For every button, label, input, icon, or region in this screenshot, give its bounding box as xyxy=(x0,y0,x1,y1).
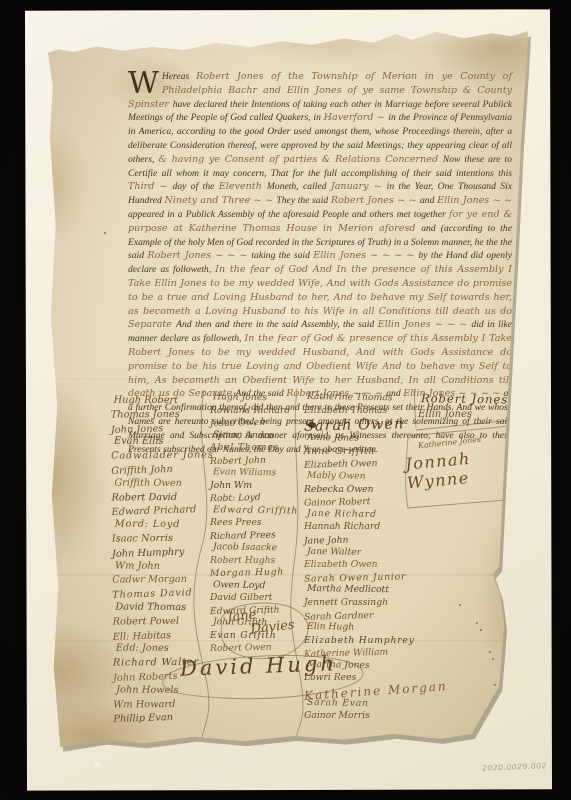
witness-signature: John Wm xyxy=(210,480,306,493)
witness-signature: Jane Walter xyxy=(307,545,449,560)
witness-signature: John Howels xyxy=(116,683,236,698)
witness-signature: Owen Loyd xyxy=(213,579,309,593)
witness-signature: Sarah Evan xyxy=(307,697,449,712)
ink-speck xyxy=(492,658,494,660)
witness-signature: Jennett Grassingh xyxy=(304,597,446,610)
witness-signature: Rees Prees xyxy=(210,517,306,530)
witness-signature: Edward Griffith xyxy=(213,504,309,518)
manuscript: W Hereas Robert Jones of the Township of… xyxy=(44,26,534,752)
ink-speck xyxy=(489,651,491,653)
witness-signature: Martha Medlicott xyxy=(307,583,449,598)
witness-signature: Elin Hugh xyxy=(307,621,449,636)
witness-signature: Phillip Evan xyxy=(113,709,233,727)
ink-speck xyxy=(459,604,461,606)
photograph: 2020.0029.002 W Hereas Robert Jones of t… xyxy=(0,0,571,800)
witness-signature: Morgan Hugh xyxy=(210,566,306,581)
accession-number: 2020.0029.002 xyxy=(482,761,547,772)
witness-signature: Simon Andro xyxy=(213,429,309,443)
witness-signature: Rowland Richard xyxy=(210,405,306,418)
witness-signature: Robert Hughs xyxy=(210,555,306,568)
witness-signature: Hugh Jones xyxy=(213,391,309,405)
dust-speck xyxy=(95,762,100,766)
ink-speck xyxy=(480,629,482,631)
ink-speck xyxy=(104,232,106,234)
witness-signature: Jacob Isaacke xyxy=(213,541,309,555)
witness-signature: David Gilbert xyxy=(210,592,306,605)
witness-signature: Abel Thomas xyxy=(210,442,306,455)
witness-signature: Evan Wiliams xyxy=(213,466,309,480)
witness-signature: Josua Owen xyxy=(210,416,306,431)
witness-signature: Robt: Loyd xyxy=(210,491,306,506)
ink-speck xyxy=(476,622,478,624)
ink-speck xyxy=(494,684,496,686)
witness-signature: Gainor Morris xyxy=(304,710,446,723)
witness-signature: Jane Richard xyxy=(307,508,449,523)
